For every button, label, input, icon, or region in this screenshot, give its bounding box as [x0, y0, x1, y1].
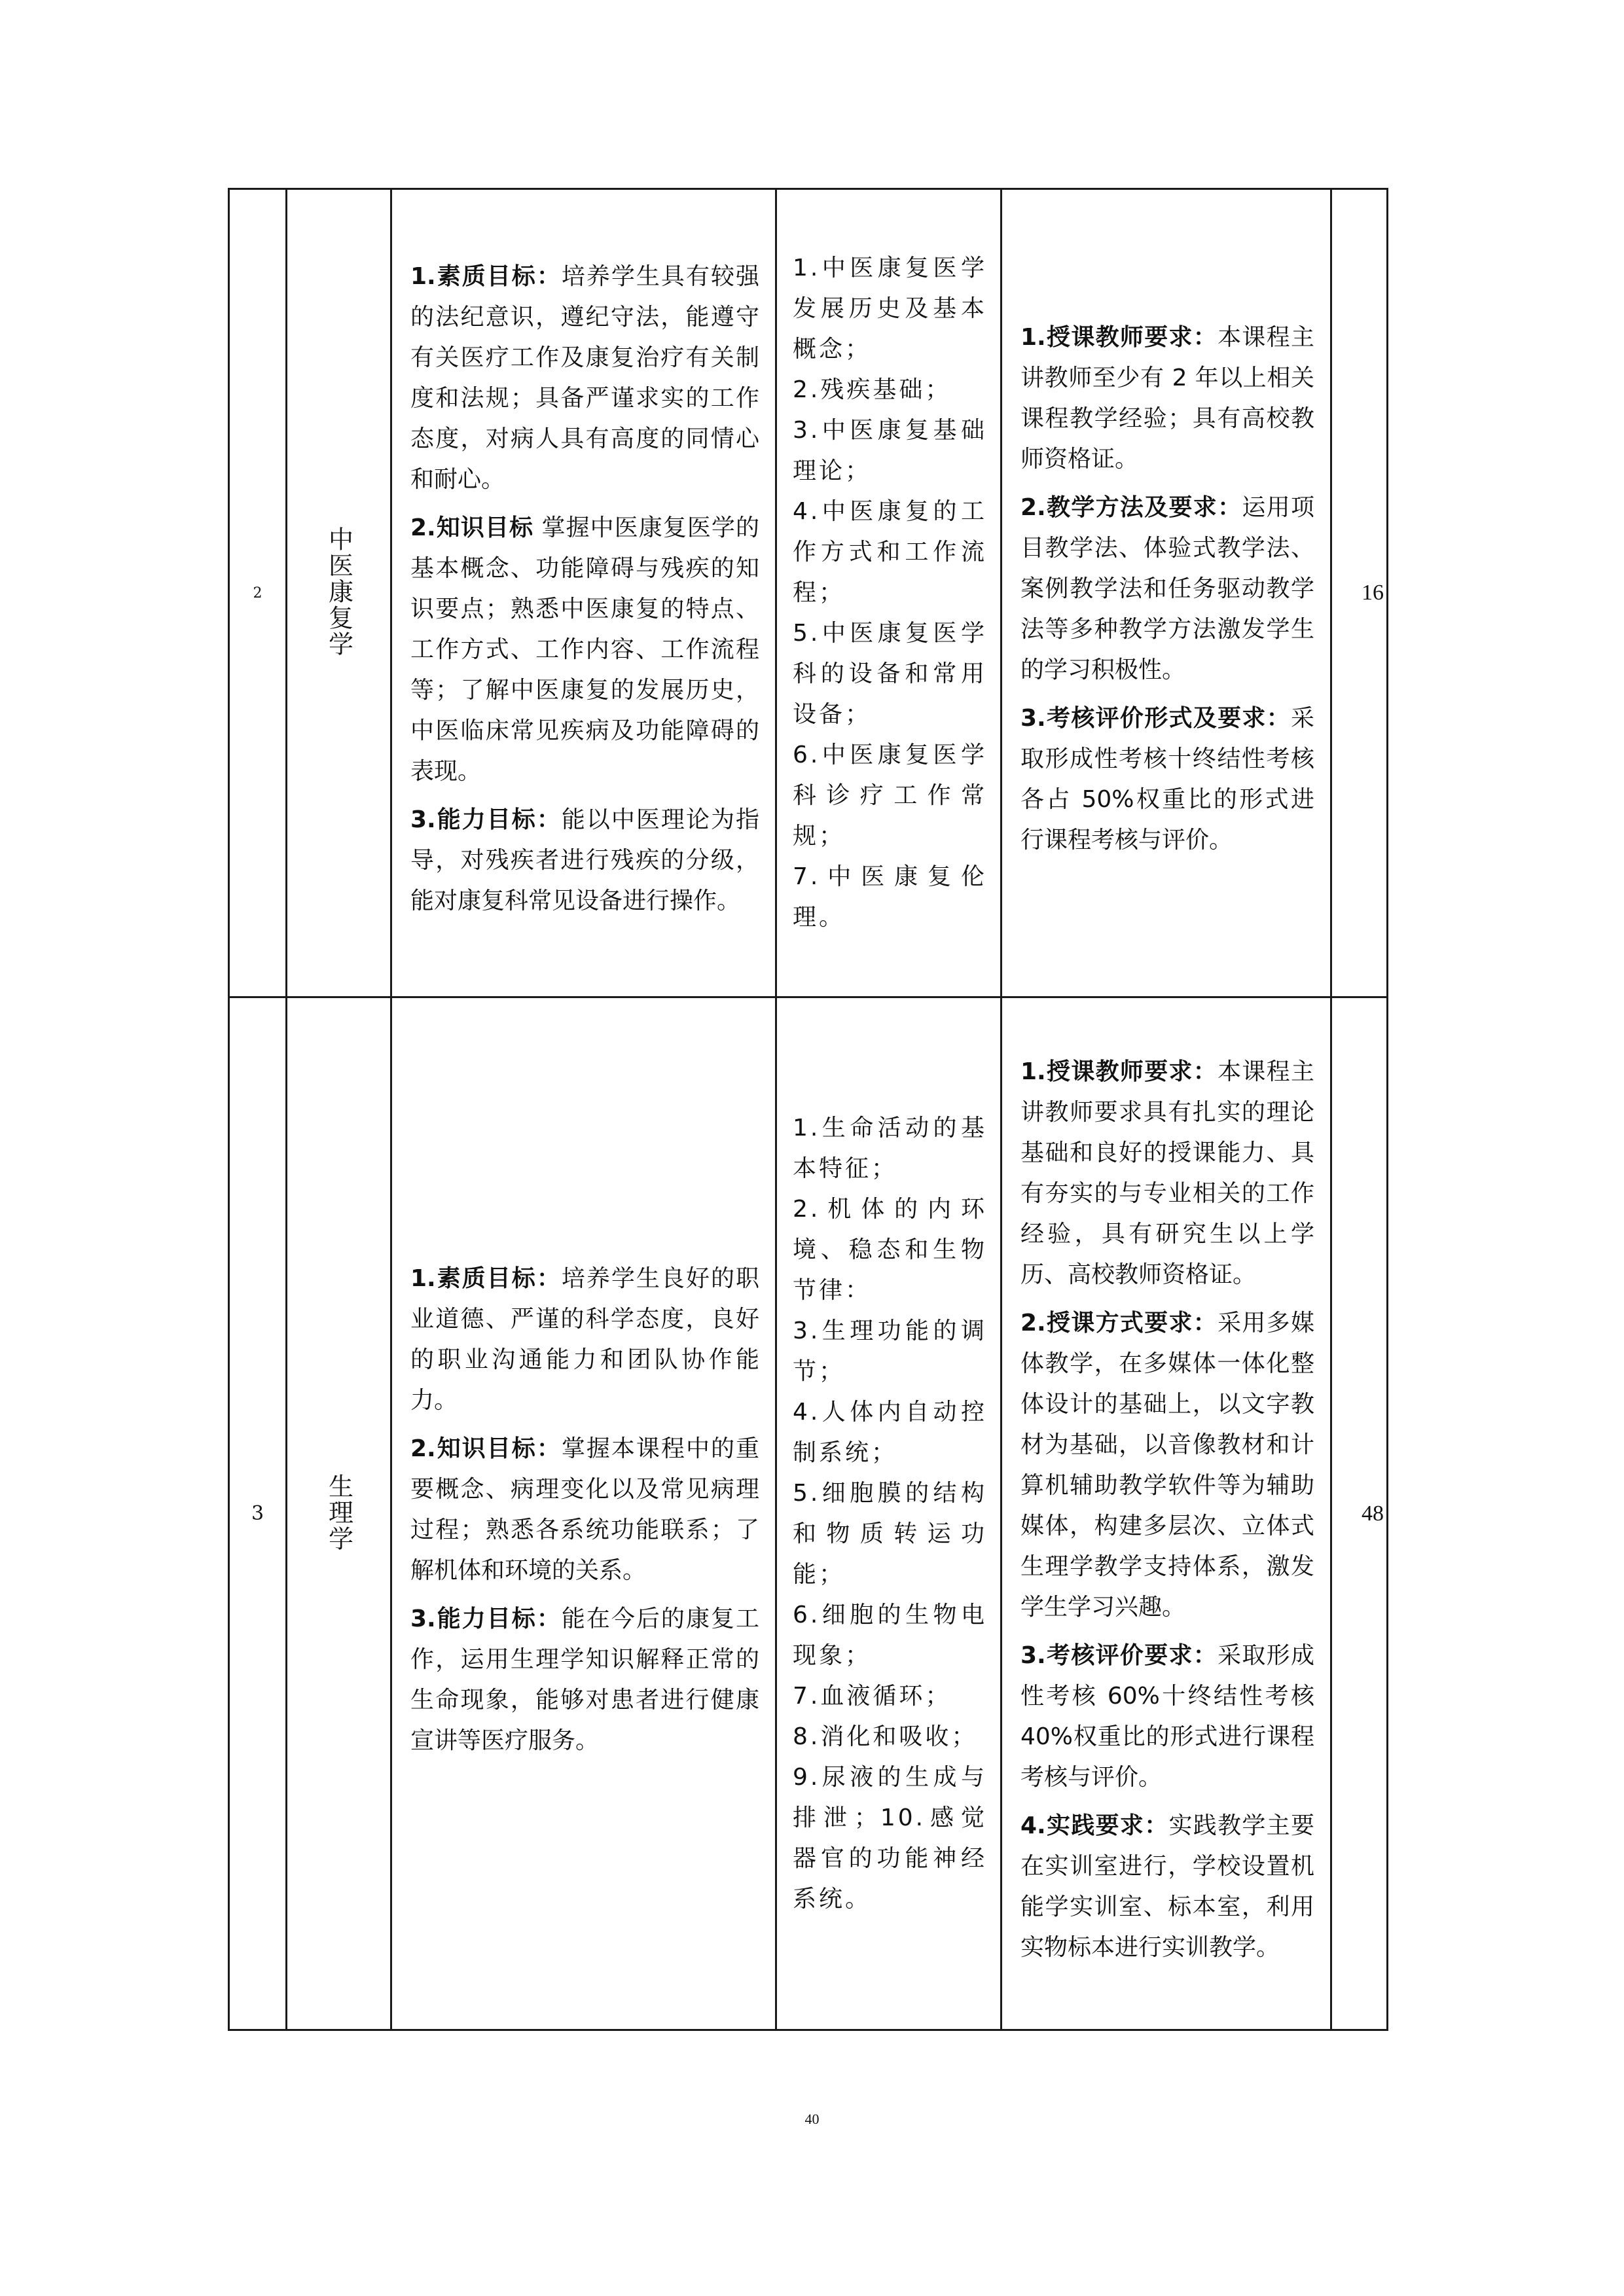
requirement-label: 2.授课方式要求：: [1020, 1310, 1218, 1336]
goal-item: 3.能力目标：能以中医理论为指导，对残疾者进行残疾的分级，能对康复科常见设备进行…: [410, 800, 759, 922]
goal-item: 1.素质目标：培养学生良好的职业道德、严谨的科学态度，良好的职业沟通能力和团队协…: [410, 1259, 759, 1421]
table-row: 2 中医康复学 1.素质目标：培养学生具有较强的法纪意识，遵纪守法，能遵守有关医…: [229, 189, 1388, 997]
requirement-label: 3.考核评价形式及要求：: [1020, 705, 1291, 732]
goal-item: 3.能力目标：能在今后的康复工作，运用生理学知识解释正常的生命现象，能够对患者进…: [410, 1599, 759, 1761]
requirement-label: 1.授课教师要求：: [1020, 324, 1218, 351]
content-item: 2.机体的内环境、稳态和生物节律：: [793, 1189, 987, 1311]
content-item: 6.中医康复医学科诊疗工作常规；: [793, 735, 987, 857]
course-name: 中医康复学: [327, 526, 352, 657]
requirement-label: 2.教学方法及要求：: [1020, 494, 1242, 521]
requirement-item: 4.实践要求：实践教学主要在实训室进行，学校设置机能学实训室、标本室，利用实物标…: [1020, 1806, 1314, 1968]
page-number: 40: [0, 2111, 1624, 2128]
course-content-cell: 1.中医康复医学发展历史及基本概念； 2.残疾基础； 3.中医康复基础理论； 4…: [776, 189, 1001, 997]
table-row: 3 生理学 1.素质目标：培养学生良好的职业道德、严谨的科学态度，良好的职业沟通…: [229, 997, 1388, 2030]
course-goals-cell: 1.素质目标：培养学生具有较强的法纪意识，遵纪守法，能遵守有关医疗工作及康复治疗…: [391, 189, 776, 997]
row-index: 2: [229, 189, 287, 997]
goal-item: 2.知识目标 掌握中医康复医学的基本概念、功能障碍与残疾的知识要点；熟悉中医康复…: [410, 508, 759, 792]
course-goals-cell: 1.素质目标：培养学生良好的职业道德、严谨的科学态度，良好的职业沟通能力和团队协…: [391, 997, 776, 2030]
content-item: 2.残疾基础；: [793, 370, 987, 410]
teaching-requirements-cell: 1.授课教师要求：本课程主讲教师至少有 2 年以上相关课程教学经验；具有高校教师…: [1001, 189, 1331, 997]
row-index: 3: [229, 997, 287, 2030]
requirement-text: 本课程主讲教师要求具有扎实的理论基础和良好的授课能力、具有夯实的与专业相关的工作…: [1020, 1058, 1314, 1288]
content-item: 9.尿液的生成与排泄；10.感觉器官的功能神经系统。: [793, 1757, 987, 1920]
goal-label: 1.素质目标：: [410, 1265, 562, 1292]
goal-item: 1.素质目标：培养学生具有较强的法纪意识，遵纪守法，能遵守有关医疗工作及康复治疗…: [410, 257, 759, 500]
content-item: 8.消化和吸收；: [793, 1717, 987, 1757]
requirement-item: 2.授课方式要求：采用多媒体教学，在多媒体一体化整体设计的基础上，以文字教材为基…: [1020, 1303, 1314, 1628]
content-item: 5.细胞膜的结构和物质转运功能；: [793, 1473, 987, 1595]
content-item: 5.中医康复医学科的设备和常用设备；: [793, 613, 987, 735]
content-item: 4.中医康复的工作方式和工作流程；: [793, 492, 987, 613]
content-item: 6.细胞的生物电现象；: [793, 1595, 987, 1676]
course-hours: 48: [1331, 997, 1388, 2030]
content-item: 7.中医康复伦理。: [793, 857, 987, 938]
content-item: 1.生命活动的基本特征；: [793, 1108, 987, 1189]
requirement-item: 3.考核评价形式及要求：采取形成性考核十终结性考核各占 50%权重比的形式进行课…: [1020, 698, 1314, 861]
goal-label: 3.能力目标：: [410, 1605, 562, 1632]
course-content-cell: 1.生命活动的基本特征； 2.机体的内环境、稳态和生物节律： 3.生理功能的调节…: [776, 997, 1001, 2030]
requirement-item: 1.授课教师要求：本课程主讲教师至少有 2 年以上相关课程教学经验；具有高校教师…: [1020, 317, 1314, 480]
goal-label: 2.知识目标: [410, 514, 533, 541]
goal-label: 1.素质目标：: [410, 263, 562, 290]
goal-text: 掌握中医康复医学的基本概念、功能障碍与残疾的知识要点；熟悉中医康复的特点、工作方…: [410, 514, 759, 785]
course-name: 生理学: [327, 1473, 352, 1552]
goal-text: 培养学生具有较强的法纪意识，遵纪守法，能遵守有关医疗工作及康复治疗有关制度和法规…: [410, 263, 759, 493]
goal-label: 2.知识目标：: [410, 1435, 562, 1462]
course-name-cell: 中医康复学: [287, 189, 391, 997]
content-item: 7.血液循环；: [793, 1676, 987, 1717]
requirement-label: 3.考核评价要求：: [1020, 1642, 1218, 1669]
requirement-label: 1.授课教师要求：: [1020, 1058, 1218, 1085]
content-item: 3.中医康复基础理论；: [793, 410, 987, 492]
course-hours: 16: [1331, 189, 1388, 997]
requirement-item: 1.授课教师要求：本课程主讲教师要求具有扎实的理论基础和良好的授课能力、具有夯实…: [1020, 1052, 1314, 1295]
goal-item: 2.知识目标：掌握本课程中的重要概念、病理变化以及常见病理过程；熟悉各系统功能联…: [410, 1429, 759, 1591]
content-item: 1.中医康复医学发展历史及基本概念；: [793, 248, 987, 370]
requirement-item: 2.教学方法及要求：运用项目教学法、体验式教学法、案例教学法和任务驱动教学法等多…: [1020, 488, 1314, 691]
requirement-text: 采用多媒体教学，在多媒体一体化整体设计的基础上，以文字教材为基础，以音像教材和计…: [1020, 1310, 1314, 1621]
requirement-text: 运用项目教学法、体验式教学法、案例教学法和任务驱动教学法等多种教学方法激发学生的…: [1020, 494, 1314, 683]
requirement-item: 3.考核评价要求：采取形成性考核 60%十终结性考核 40%权重比的形式进行课程…: [1020, 1636, 1314, 1798]
course-name-cell: 生理学: [287, 997, 391, 2030]
teaching-requirements-cell: 1.授课教师要求：本课程主讲教师要求具有扎实的理论基础和良好的授课能力、具有夯实…: [1001, 997, 1331, 2030]
content-item: 3.生理功能的调节；: [793, 1311, 987, 1392]
content-item: 4.人体内自动控制系统；: [793, 1392, 987, 1473]
requirement-label: 4.实践要求：: [1020, 1812, 1169, 1839]
course-table: 2 中医康复学 1.素质目标：培养学生具有较强的法纪意识，遵纪守法，能遵守有关医…: [228, 188, 1388, 2031]
goal-label: 3.能力目标：: [410, 806, 562, 833]
